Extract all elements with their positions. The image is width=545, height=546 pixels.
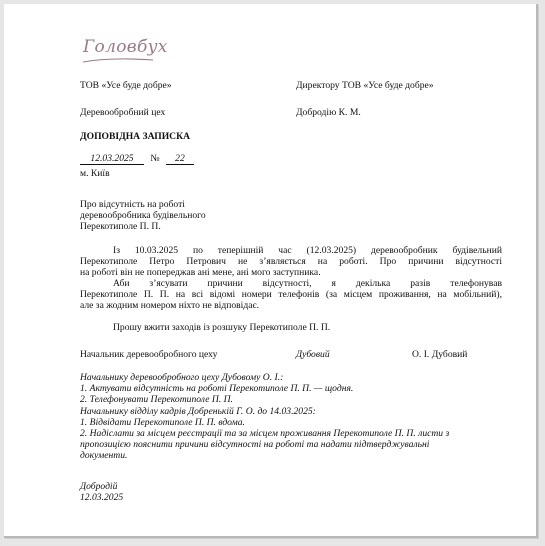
body-line: Аби з’ясувати причини відсутності, я дек… [80, 278, 502, 289]
body-line: Перекотиполе Петро Петрович не з’являєть… [80, 256, 502, 267]
signature-position: Начальник деревообробного цеху [80, 349, 217, 360]
document-page: Головбух ТОВ «Усе буде добре» Деревообро… [4, 4, 538, 538]
doc-date: 12.03.2025 [80, 153, 144, 165]
resolution-line: Начальнику деревообробного цеху Дубовому… [80, 372, 449, 383]
body-line: але за жодним номером ніхто не відповіда… [80, 300, 502, 311]
city: м. Київ [80, 168, 110, 179]
body-line: на роботі він не попереджав ані мене, ан… [80, 267, 502, 278]
doc-number: 22 [166, 153, 194, 165]
signature-name: О. І. Дубовий [412, 349, 467, 360]
org-name-left: ТОВ «Усе буде добре» [80, 80, 172, 91]
resolution-line: 1. Актувати відсутність на роботі Переко… [80, 383, 449, 394]
resolution-line: 2. Телефонувати Перекотиполе П. П. [80, 394, 449, 405]
resolution-date: 12.03.2025 [80, 492, 123, 503]
resolution-line: пропозицією пояснити причини відсутності… [80, 439, 449, 450]
resolution-signature: Добродій 12.03.2025 [80, 481, 123, 503]
subject-line: Перекотиполе П. П. [80, 221, 206, 232]
resolution-line: 1. Відвідати Перекотиполе П. П. вдома. [80, 417, 449, 428]
signature-mark: Дубовий [296, 349, 330, 360]
body-line: Із 10.03.2025 по теперішній час (12.03.2… [80, 245, 502, 256]
document-title: ДОПОВІДНА ЗАПИСКА [80, 131, 190, 142]
resolution-line: 2. Надіслати за місцем реєстрації та за … [80, 428, 449, 439]
department-left: Деревообробний цех [80, 107, 165, 118]
body-paragraph-1: Із 10.03.2025 по теперішній час (12.03.2… [80, 245, 502, 278]
subject: Про відсутність на роботі деревообробник… [80, 199, 206, 232]
logo-swoosh-icon [81, 55, 161, 65]
logo-text: Головбух [83, 37, 168, 57]
number-label: № [150, 153, 159, 164]
addressee-name: Добродію К. М. [296, 107, 361, 118]
resolution-line: документи. [80, 450, 449, 461]
doc-date-number: 12.03.2025 № 22 [80, 153, 194, 165]
body-paragraph-2: Аби з’ясувати причини відсутності, я дек… [80, 278, 502, 311]
resolution-signer: Добродій [80, 481, 123, 492]
body-paragraph-3: Прошу вжити заходів із розшуку Перекотип… [113, 322, 330, 333]
logo: Головбух [81, 37, 161, 67]
resolution: Начальнику деревообробного цеху Дубовому… [80, 372, 449, 462]
subject-line: деревообробника будівельного [80, 210, 206, 221]
resolution-line: Начальнику відділу кадрів Добренькій Г. … [80, 406, 449, 417]
subject-line: Про відсутність на роботі [80, 199, 206, 210]
addressee-position: Директору ТОВ «Усе буде добре» [296, 80, 434, 91]
body-line: Перекотиполе П. П. на всі відомі номери … [80, 289, 502, 300]
